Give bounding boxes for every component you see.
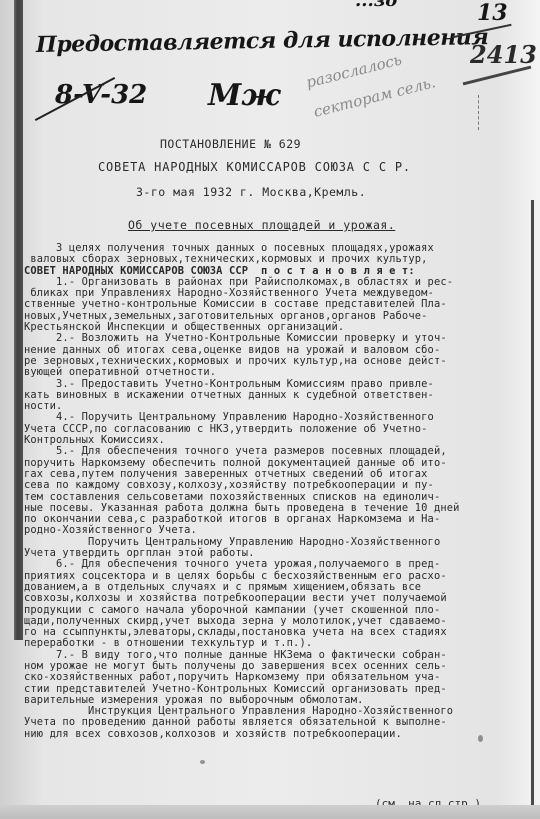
- ink-smudge: [478, 735, 483, 742]
- body-text-line: валовых сборах зерновых,технических,корм…: [24, 254, 534, 265]
- decree-subject: Об учете посевных площадей и урожая.: [128, 218, 395, 232]
- body-text-line: кать виновных в искажении отчетных данны…: [24, 390, 534, 401]
- handwritten-top-scribble: ...зо: [355, 0, 397, 11]
- handwritten-corner-number: 13: [477, 0, 508, 26]
- body-text-line: переработки - в отношении техкультур и т…: [24, 638, 534, 649]
- handwritten-registration-number: 2413: [470, 40, 537, 69]
- body-text-line: ско-хозяйственных работ,поручить Наркомз…: [24, 672, 534, 683]
- decree-body: 3 целях получения точных данных о посевн…: [24, 243, 534, 740]
- decree-issuer: СОВЕТА НАРОДНЫХ КОМИССАРОВ СОЮЗА С С Р.: [98, 160, 411, 174]
- handwritten-signature: Мж: [208, 78, 280, 113]
- ink-smudge: [200, 760, 205, 764]
- document-page: Предоставляется для исполнения 8-V-32 Мж…: [0, 0, 540, 819]
- body-text-line: нию для всех совхозов,колхозов и хозяйст…: [24, 729, 534, 740]
- handwritten-resolution: Предоставляется для исполнения: [36, 24, 489, 58]
- body-text-line: 5.- Для обеспечения точного учета размер…: [24, 446, 534, 457]
- body-text-line: вующей оперативной отчетности.: [24, 367, 534, 378]
- body-text-line: 6.- Для обеспечения точного учета урожая…: [24, 559, 534, 570]
- scan-bottom-shade: [0, 805, 540, 819]
- handwritten-date: 8-V-32: [55, 80, 147, 110]
- body-text-line: 2.- Возложить на Учетно-Контрольные Коми…: [24, 333, 534, 344]
- decree-date-place: 3-го мая 1932 г. Москва,Кремль.: [136, 185, 366, 199]
- pencil-mark: [478, 95, 480, 130]
- page-binding-shadow: [14, 0, 23, 640]
- body-text-line: сева по каждому совхозу,колхозу,хозяйств…: [24, 480, 534, 491]
- body-text-line: совхозы,колхозы и хозяйства потребкоопер…: [24, 593, 534, 604]
- decree-title: ПОСТАНОВЛЕНИЕ № 629: [160, 137, 301, 151]
